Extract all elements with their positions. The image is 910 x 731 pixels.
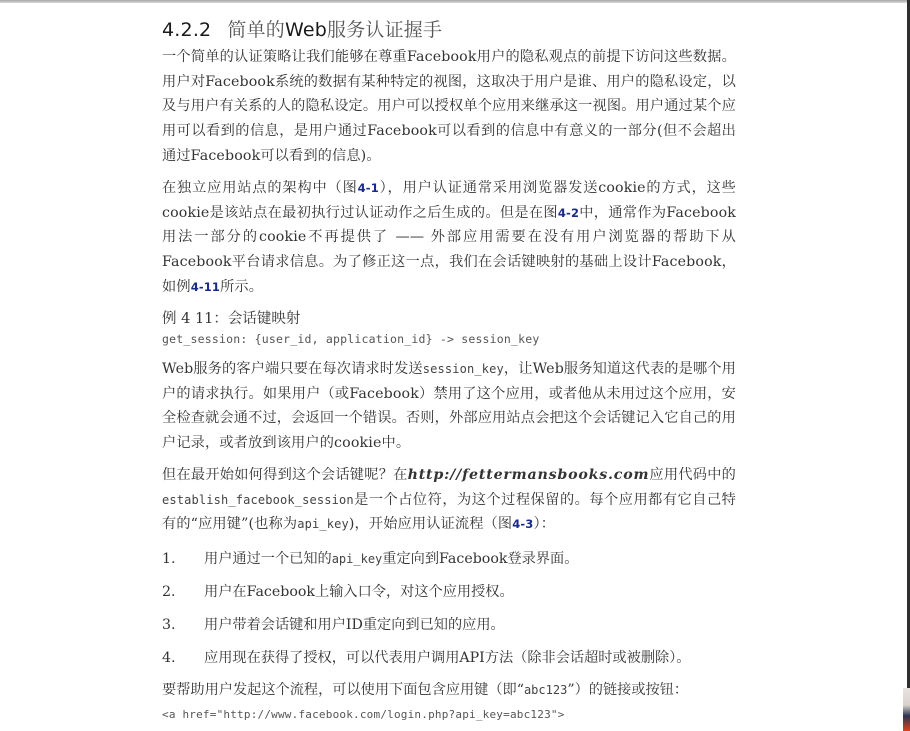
step-index: 1. — [162, 551, 204, 567]
section-title: 简单的Web服务认证握手 — [227, 19, 442, 41]
paragraph-initiate-flow: 要帮助用户发起这个流程，可以使用下面包含应用键（即“abc123”）的链接或按钮… — [162, 679, 736, 699]
example-code: get_session: {user_id, application_id} -… — [162, 332, 540, 346]
url-text: http://fettermansbooks.com — [408, 467, 650, 483]
figure-ref-4-3[interactable]: 4-3 — [512, 517, 533, 531]
step-index: 3. — [162, 617, 204, 633]
corner-thumbnail — [903, 688, 910, 731]
section-title-web: Web — [285, 19, 327, 41]
example-ref-4-11[interactable]: 4-11 — [191, 280, 220, 294]
step-index: 2. — [162, 584, 204, 600]
paragraph-get-session-key: 但在最开始如何得到这个会话键呢？在http://fettermansbooks.… — [162, 463, 736, 537]
step-index: 4. — [162, 650, 204, 666]
section-title-prefix: 简单的 — [227, 19, 285, 41]
text-span: Web服务的客户端只要在每次请求时发送 — [162, 361, 423, 377]
text-span: 在独立应用站点的架构中（图 — [162, 180, 358, 196]
inline-code-abc123: abc123 — [524, 683, 567, 697]
paragraph-architecture: 在独立应用站点的架构中（图4-1），用户认证通常采用浏览器发送cookie的方式… — [162, 176, 736, 300]
step-item: 1.用户通过一个已知的api_key重定向到Facebook登录界面。 — [162, 548, 736, 568]
step-inline-code: api_key — [332, 552, 383, 566]
figure-ref-4-1[interactable]: 4-1 — [358, 181, 379, 195]
viewer-top-border — [0, 0, 910, 3]
figure-ref-4-2[interactable]: 4-2 — [558, 206, 579, 220]
text-span: )，开始应用认证流程（图 — [349, 516, 512, 532]
section-number: 4.2.2 — [162, 19, 211, 41]
text-span: 应用代码中的 — [649, 467, 736, 483]
step-item: 3.用户带着会话键和用户ID重定向到已知的应用。 — [162, 614, 736, 634]
paragraph-privacy: 一个简单的认证策略让我们能够在尊重Facebook用户的隐私观点的前提下访问这些… — [162, 45, 736, 169]
text-span: 但在最开始如何得到这个会话键呢？在 — [162, 467, 408, 483]
section-title-suffix: 服务认证握手 — [327, 19, 442, 41]
step-text: 用户通过一个已知的 — [204, 551, 332, 567]
text-span: 所示。 — [220, 279, 263, 295]
text-span: ）： — [533, 516, 555, 532]
step-text: 应用现在获得了授权，可以代表用户调用API方法（除非会话超时或被删除）。 — [204, 650, 691, 666]
step-item: 2.用户在Facebook上输入口令，对这个应用授权。 — [162, 581, 736, 601]
login-link-code: <a href="http://www.facebook.com/login.p… — [162, 708, 565, 721]
text-span: ”）的链接或按钮： — [567, 682, 688, 698]
step-text: 用户在Facebook上输入口令，对这个应用授权。 — [204, 584, 514, 600]
example-title: 例 4 11：会话键映射 — [162, 307, 300, 328]
step-text: 重定向到Facebook登录界面。 — [382, 551, 578, 567]
step-item: 4.应用现在获得了授权，可以代表用户调用API方法（除非会话超时或被删除）。 — [162, 647, 736, 667]
step-text: 用户带着会话键和用户ID重定向到已知的应用。 — [204, 617, 505, 633]
inline-code-establish-session: establish_facebook_session — [162, 493, 354, 507]
paragraph-session-key: Web服务的客户端只要在每次请求时发送session_key，让Web服务知道这… — [162, 357, 736, 456]
section-heading: 4.2.2简单的Web服务认证握手 — [162, 15, 442, 42]
inline-code-api-key: api_key — [297, 517, 349, 531]
text-span: 要帮助用户发起这个流程，可以使用下面包含应用键（即“ — [162, 682, 524, 698]
inline-code-session-key: session_key — [423, 362, 504, 376]
